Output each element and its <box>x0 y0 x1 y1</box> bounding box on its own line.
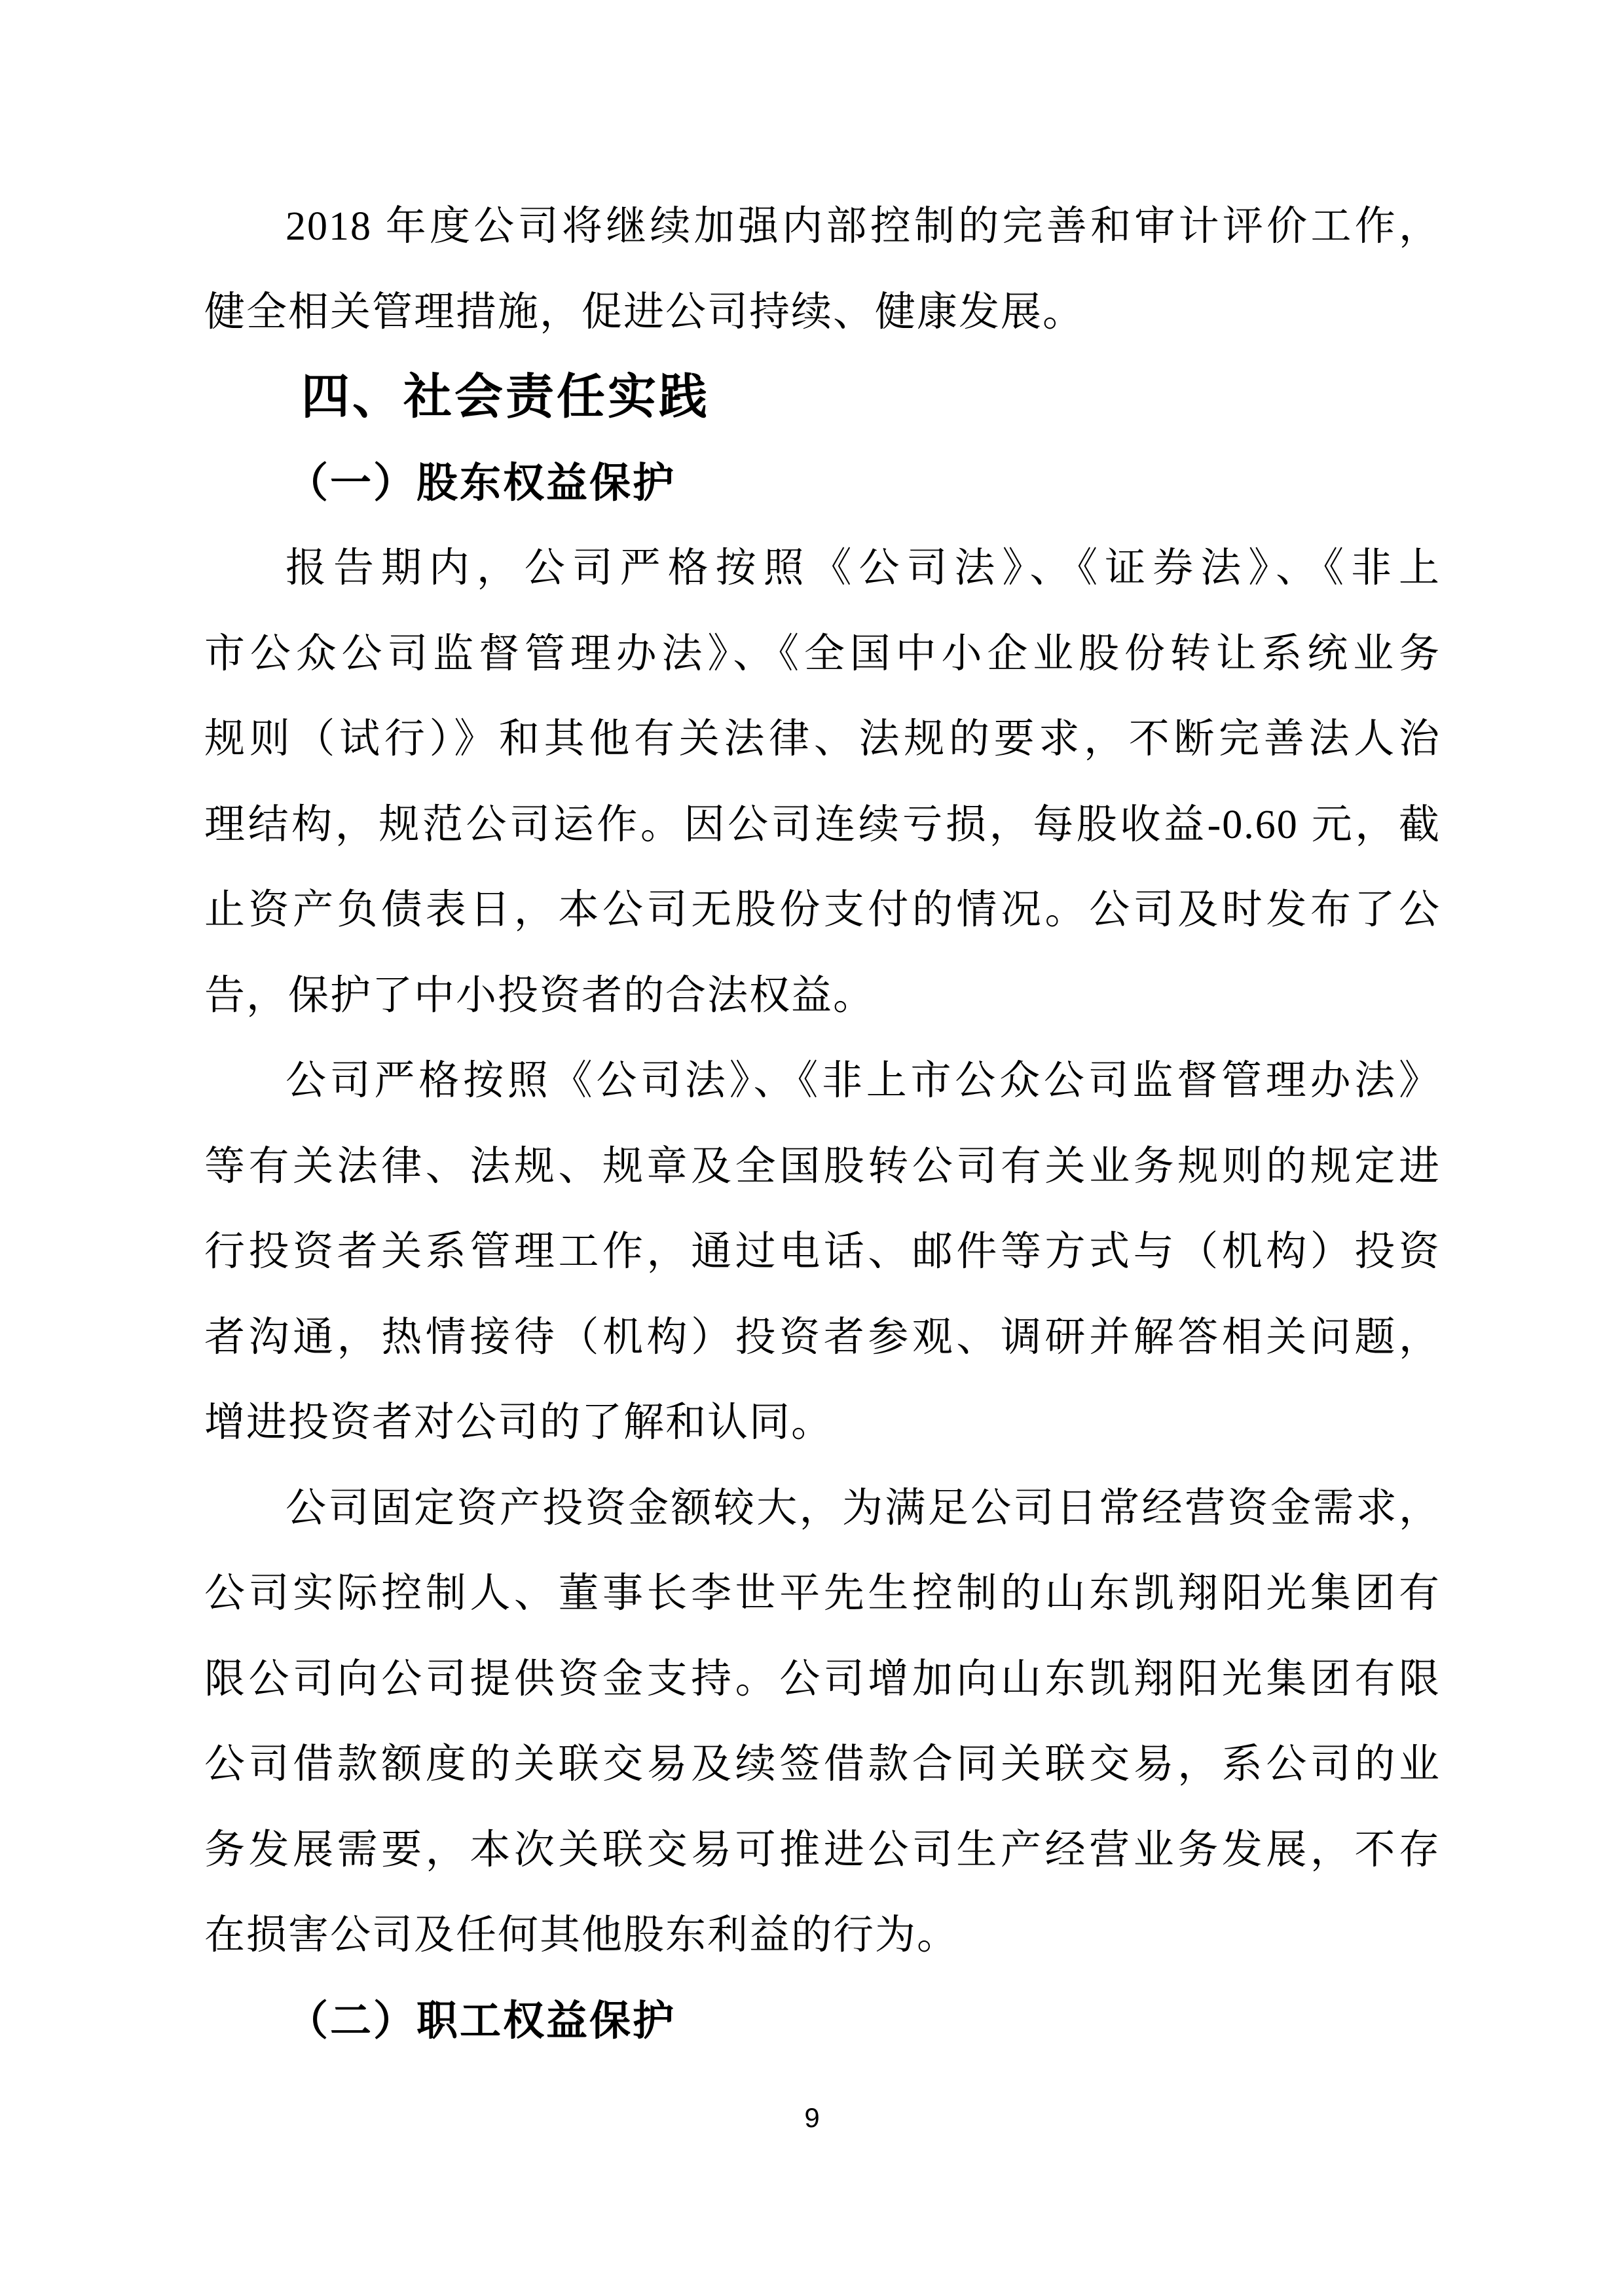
body-text-line: 规则（试行）》和其他有关法律、法规的要求，不断完善法人治 <box>204 697 1441 782</box>
body-text-line: 健全相关管理措施，促进公司持续、健康发展。 <box>204 270 1441 355</box>
document-page: 2018 年度公司将继续加强内部控制的完善和审计评价工作，健全相关管理措施，促进… <box>0 0 1624 2296</box>
body-text-line: 公司借款额度的关联交易及续签借款合同关联交易，系公司的业 <box>204 1722 1441 1808</box>
body-text-line: 告，保护了中小投资者的合法权益。 <box>204 953 1441 1039</box>
page-number: 9 <box>0 2098 1624 2138</box>
body-text-line: 者沟通，热情接待（机构）投资者参观、调研并解答相关问题， <box>204 1295 1441 1381</box>
body-text-line: 报告期内，公司严格按照《公司法》、《证券法》、《非上 <box>204 526 1441 611</box>
body-text-line: 理结构，规范公司运作。因公司连续亏损，每股收益-0.60 元，截 <box>204 782 1441 868</box>
body-text-line: 公司固定资产投资金额较大，为满足公司日常经营资金需求， <box>204 1466 1441 1552</box>
sub-section-heading: （二）职工权益保护 <box>204 1978 1441 2064</box>
body-text-line: 2018 年度公司将继续加强内部控制的完善和审计评价工作， <box>204 184 1441 270</box>
body-text-line: 限公司向公司提供资金支持。公司增加向山东凯翔阳光集团有限 <box>204 1637 1441 1722</box>
body-text-line: 公司严格按照《公司法》、《非上市公众公司监督管理办法》 <box>204 1038 1441 1124</box>
body-text-line: 市公众公司监督管理办法》、《全国中小企业股份转让系统业务 <box>204 611 1441 697</box>
sub-section-heading: （一）股东权益保护 <box>204 441 1441 526</box>
body-text-line: 公司实际控制人、董事长李世平先生控制的山东凯翔阳光集团有 <box>204 1551 1441 1637</box>
body-text-line: 务发展需要，本次关联交易可推进公司生产经营业务发展，不存 <box>204 1808 1441 1893</box>
document-body: 2018 年度公司将继续加强内部控制的完善和审计评价工作，健全相关管理措施，促进… <box>204 184 1441 2064</box>
body-text-line: 增进投资者对公司的了解和认同。 <box>204 1380 1441 1466</box>
body-text-line: 等有关法律、法规、规章及全国股转公司有关业务规则的规定进 <box>204 1124 1441 1210</box>
section-heading: 四、社会责任实践 <box>204 355 1441 441</box>
body-text-line: 在损害公司及任何其他股东利益的行为。 <box>204 1893 1441 1978</box>
body-text-line: 止资产负债表日，本公司无股份支付的情况。公司及时发布了公 <box>204 867 1441 953</box>
body-text-line: 行投资者关系管理工作，通过电话、邮件等方式与（机构）投资 <box>204 1209 1441 1295</box>
